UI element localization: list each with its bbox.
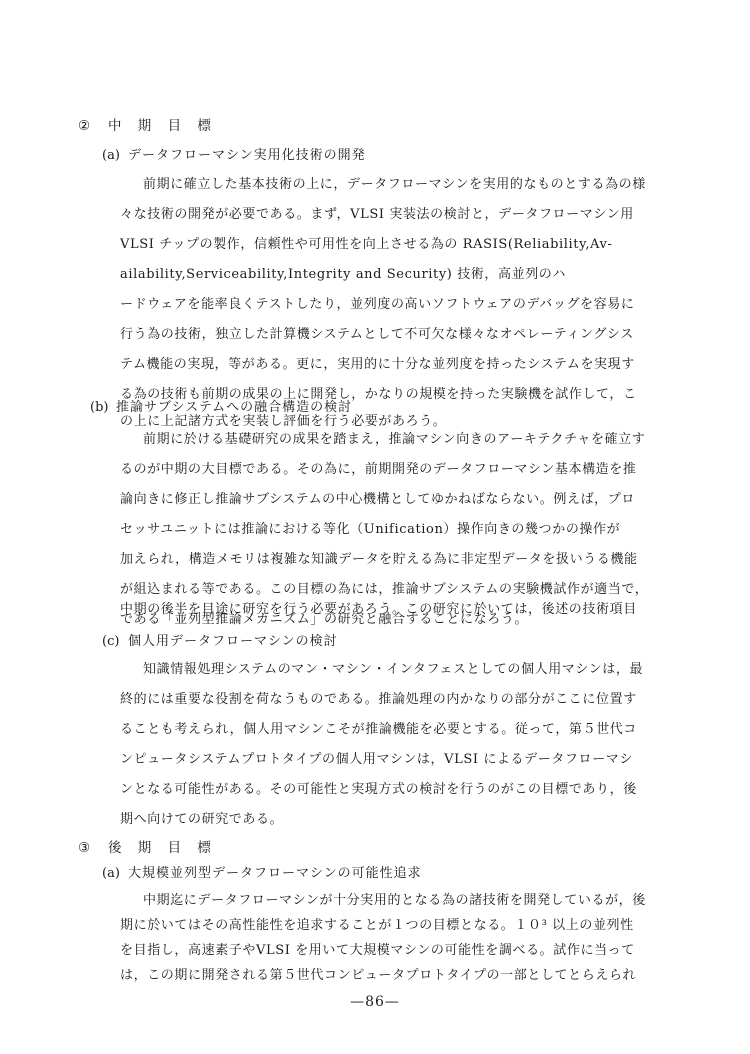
paragraph-line: 行う為の技術，独立した計算機システムとして不可欠な様々なオペレーティングシス xyxy=(120,327,680,343)
subsection-title: 推論サブシステムへの融合構造の検討 xyxy=(116,400,352,415)
paragraph-line: 々な技術の開発が必要である。まず，VLSI 実装法の検討と，データフローマシン用 xyxy=(120,207,680,223)
paragraph-line: である「並列型推論メカニズム」の研究と融合することになろう。 xyxy=(120,612,680,628)
paragraph-line: ailability,Serviceability,Integrity and … xyxy=(120,267,680,283)
section-heading-3: ③後 期 目 標 xyxy=(78,840,217,856)
paragraph-line: の上に上記諸方式を実装し評価を行う必要があろう。 xyxy=(120,414,680,430)
subsection-title: データフローマシン実用化技術の開発 xyxy=(128,148,366,163)
paragraph-line: 中期迄にデータフローマシンが十分実用的となる為の諸技術を開発しているが，後 xyxy=(143,893,646,909)
paragraph-line: 論向きに修正し推論サブシステムの中心機構としてゆかねばならない。例えば，プロ xyxy=(120,492,680,508)
subsection-title: 大規模並列型データフローマシンの可能性追求 xyxy=(128,866,422,881)
paragraph-line: は，この期に開発される第５世代コンピュータプロトタイプの一部としてとらえられ xyxy=(120,968,680,984)
subsection-heading-2c: (c)個人用データフローマシンの検討 xyxy=(102,634,338,650)
subsection-heading-3a: (a)大規模並列型データフローマシンの可能性追求 xyxy=(102,866,422,882)
paragraph-line: 前期に確立した基本技術の上に，データフローマシンを実用的なものとする為の様 xyxy=(143,177,646,193)
section-marker: ③ xyxy=(78,840,108,856)
page-number: —86— xyxy=(0,994,750,1010)
paragraph-line: を目指し，高速素子やVLSI を用いて大規模マシンの可能性を調べる。試作に当って xyxy=(120,943,680,959)
section-title: 中 期 目 標 xyxy=(108,118,217,134)
document-page: ②中 期 目 標 (a)データフローマシン実用化技術の開発 前期に確立した基本技… xyxy=(0,0,750,1054)
paragraph-line: が組込まれる等である。この目標の為には，推論サブシステムの実験機試作が適当で， xyxy=(120,582,680,598)
paragraph-line: 期へ向けての研究である。 xyxy=(120,812,680,828)
section-title: 後 期 目 標 xyxy=(108,840,217,856)
paragraph-line: るのが中期の大目標である。その為に，前期開発のデータフローマシン基本構造を推 xyxy=(120,462,680,478)
paragraph-line: 終的には重要な役割を荷なうものである。推論処理の内かなりの部分がここに位置す xyxy=(120,692,680,708)
subsection-marker: (c) xyxy=(102,634,128,650)
paragraph-line: 期に於いてはその高性能性を追求することが１つの目標となる。１０³ 以上の並列性 xyxy=(120,918,680,934)
subsection-marker: (a) xyxy=(102,866,128,882)
paragraph-line: ードウェアを能率良くテストしたり，並列度の高いソフトウェアのデバッグを容易に xyxy=(120,297,680,313)
paragraph-line: セッサユニットには推論における等化（Unification）操作向きの幾つかの操… xyxy=(120,522,680,538)
paragraph-line: VLSI チップの製作，信頼性や可用性を向上させる為の RASIS(Reliab… xyxy=(120,237,680,253)
subsection-marker: (a) xyxy=(102,148,128,164)
section-heading-2: ②中 期 目 標 xyxy=(78,118,217,134)
subsection-marker: (b) xyxy=(90,400,116,416)
paragraph-line: テム機能の実現，等がある。更に，実用的に十分な並列度を持ったシステムを実現す xyxy=(120,357,680,373)
paragraph-line: ンとなる可能性がある。その可能性と実現方式の検討を行うのがこの目標であり，後 xyxy=(120,782,680,798)
subsection-heading-2a: (a)データフローマシン実用化技術の開発 xyxy=(102,148,366,164)
paragraph-line: 前期に於ける基礎研究の成果を踏まえ，推論マシン向きのアーキテクチャを確立す xyxy=(143,432,645,448)
section-marker: ② xyxy=(78,118,108,134)
paragraph-line: 知識情報処理システムのマン・マシン・インタフェスとしての個人用マシンは，最 xyxy=(143,662,643,678)
paragraph-line: ンピュータシステムプロトタイプの個人用マシンは，VLSI によるデータフローマシ xyxy=(120,752,680,768)
paragraph-line: ることも考えられ，個人用マシンこそが推論機能を必要とする。従って，第５世代コ xyxy=(120,722,680,738)
paragraph-line: 加えられ，構造メモリは複雑な知識データを貯える為に非定型データを扱いうる機能 xyxy=(120,552,680,568)
subsection-title: 個人用データフローマシンの検討 xyxy=(128,634,338,649)
subsection-heading-2b: (b)推論サブシステムへの融合構造の検討 xyxy=(90,400,352,416)
